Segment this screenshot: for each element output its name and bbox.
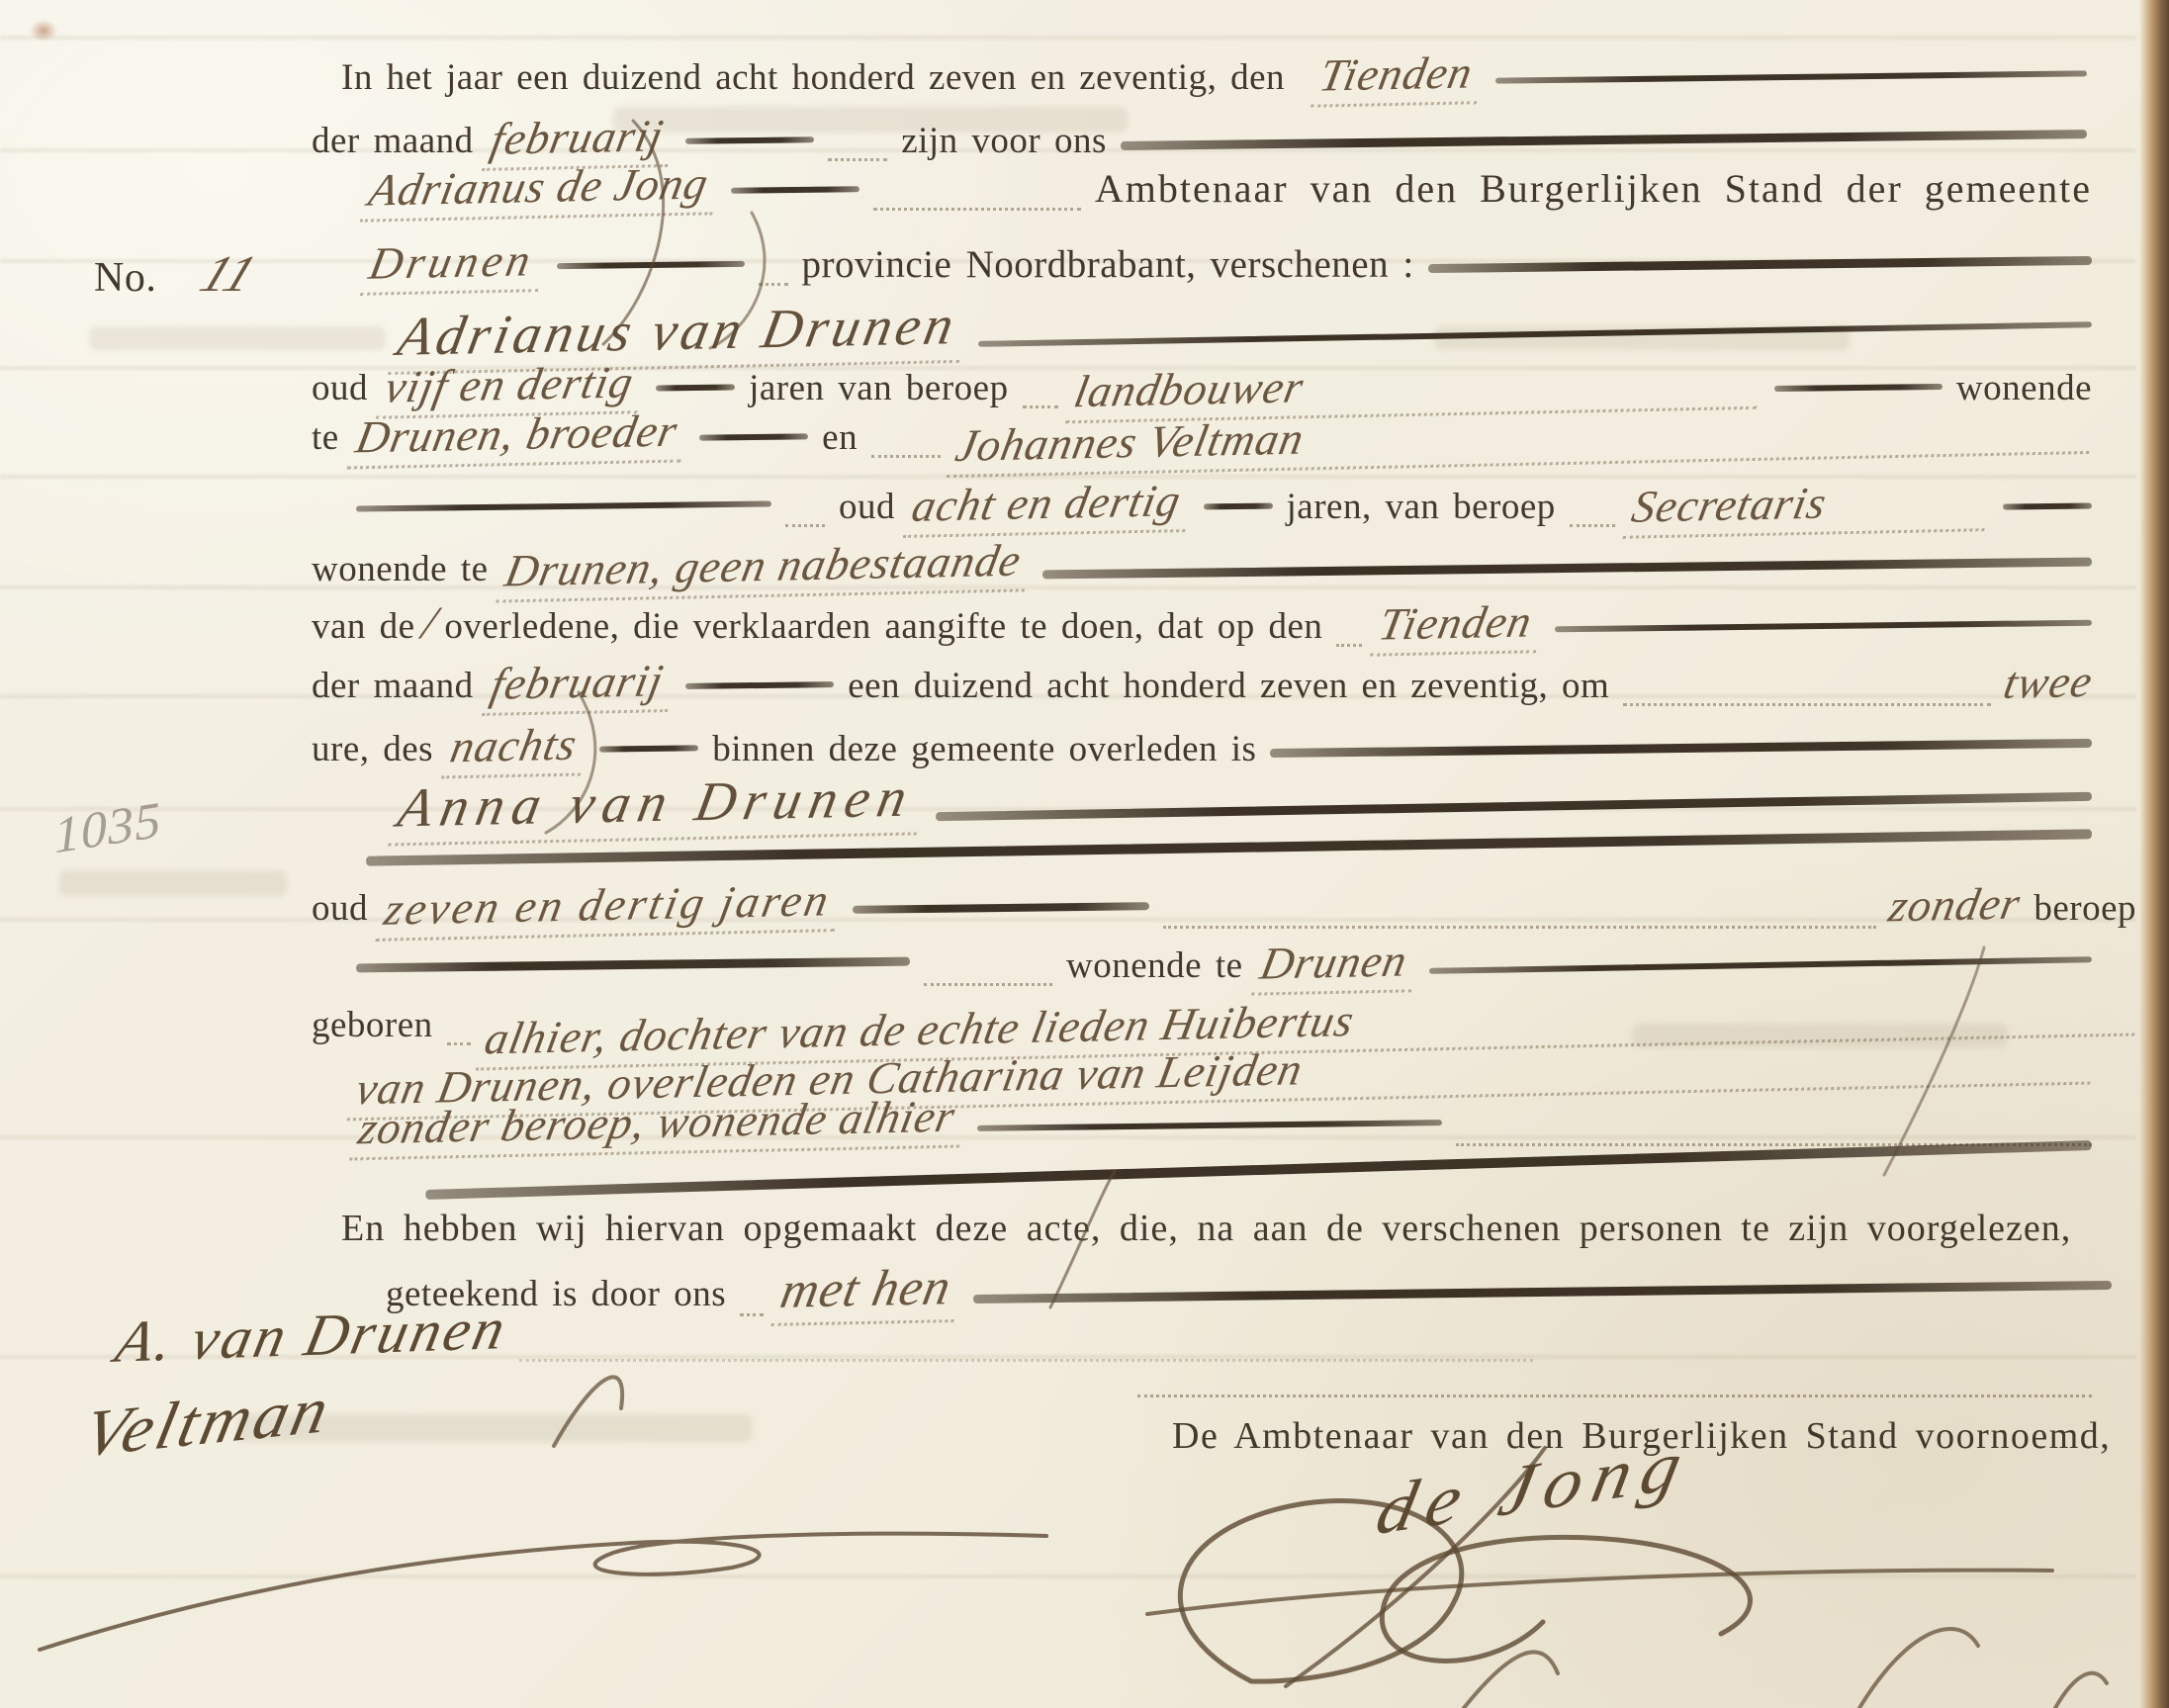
official-title-rule — [1137, 1394, 2092, 1405]
ink-stroke — [1042, 558, 2092, 580]
dotted-rule — [1163, 926, 1876, 929]
printed-text: wonende te — [1066, 944, 1243, 987]
page-binding-edge — [2139, 0, 2169, 1708]
handwritten-age: acht en dertig — [903, 474, 1196, 538]
handwritten-official-name: Adrianus de Jong — [360, 156, 723, 222]
printed-text: provincie Noordbrabant, verschenen : — [802, 242, 1414, 287]
handwritten-residence: Drunen, geen nabestaande — [496, 533, 1036, 602]
printed-text: geboren — [312, 1004, 433, 1046]
ink-stroke — [557, 260, 745, 268]
signature-official: de Jong — [1385, 1446, 1683, 1530]
line-gemeente: Drunen provincie Noordbrabant, verschene… — [366, 235, 2092, 294]
ink-stroke — [356, 500, 771, 511]
line-declarant2-age: oud acht en dertig jaren, van beroep Sec… — [356, 477, 2092, 535]
handwritten-slash: / — [418, 596, 442, 649]
handwritten-month: februarij — [482, 654, 678, 716]
ink-stroke — [1270, 739, 2092, 758]
handwritten-gemeente: Drunen — [360, 233, 549, 296]
dotted-rule — [871, 455, 941, 458]
ink-stroke — [1555, 619, 2092, 632]
line-declarant2-residence: wonende te Drunen, geen nabestaande — [312, 539, 2092, 597]
signature-declarant-1: A. van Drunen — [119, 1302, 1533, 1370]
ink-stroke — [656, 384, 735, 391]
line-death-month-hour: der maand februarij een duizend acht hon… — [312, 656, 2092, 714]
handwritten-time-of-day: nachts — [441, 718, 591, 779]
ink-stroke — [1121, 130, 2087, 150]
pencil-note-value: 1035 — [52, 791, 163, 865]
ink-stroke — [1495, 70, 2087, 83]
dotted-rule — [1336, 644, 1362, 647]
line-declarant2-name: te Drunen, broeder en Johannes Veltman — [312, 407, 2092, 466]
ink-stroke — [977, 1120, 1442, 1131]
dotted-rule — [1137, 1394, 2092, 1397]
dotted-rule — [1570, 524, 1615, 527]
handwritten-day: Tienden — [1310, 45, 1488, 107]
printed-text: en — [822, 416, 858, 459]
signature-declarant-2: Veltman — [89, 1383, 326, 1461]
printed-text: der maand — [312, 665, 474, 707]
printed-text: een duizend acht honderd zeven en zevent… — [848, 665, 1609, 707]
bleed-through-line — [0, 36, 2136, 40]
printed-text: wonende te — [312, 548, 489, 590]
handwritten-profession: Secretaris — [1622, 473, 1995, 539]
handwritten-deceased-name: Anna van Drunen — [388, 765, 930, 846]
printed-text: ure, des — [312, 728, 433, 770]
margin-pencil-note: 1035 — [54, 799, 161, 857]
handwritten-no-profession: zonder — [1885, 877, 2026, 933]
handwritten-day: Tienden — [1370, 594, 1547, 656]
printed-text: van de — [312, 605, 415, 648]
ink-stroke — [1429, 956, 2092, 974]
line-death-time: ure, des nachts binnen deze gemeente ove… — [312, 719, 2092, 777]
line-death-day: van de / overledene, die verklaarden aan… — [312, 596, 2092, 655]
signature-text: Veltman — [77, 1371, 338, 1474]
ink-stroke — [730, 186, 859, 194]
dotted-rule — [785, 524, 825, 527]
bleed-through-line — [0, 1574, 2136, 1578]
ink-stroke — [356, 957, 910, 973]
handwritten-residence: Drunen — [1251, 934, 1422, 995]
dotted-rule — [1623, 703, 1990, 706]
ink-stroke — [599, 745, 698, 752]
ink-stroke — [2003, 502, 2092, 509]
act-number-value: 11 — [192, 245, 265, 304]
line-mother-residence: zonder beroep, wonende alhier — [356, 1096, 2092, 1154]
handwritten-mother-residence: zonder beroep, wonende alhier — [349, 1090, 970, 1161]
printed-text: Ambtenaar van den Burgerlijken Stand der… — [1095, 165, 2092, 212]
filled-blank-line — [366, 843, 2092, 853]
line-official-name: Adrianus de Jong Ambtenaar van den Burge… — [366, 160, 2092, 219]
act-number-label: No. — [94, 254, 156, 302]
ink-stroke — [853, 902, 1149, 914]
ink-stroke — [1428, 256, 2092, 273]
line-deceased-name: Anna van Drunen — [396, 771, 2092, 841]
filled-blank-line — [425, 1165, 2092, 1175]
printed-text: jaren van beroep — [749, 367, 1009, 409]
bleed-through-smudge — [59, 870, 287, 896]
printed-text: zijn voor ons — [901, 120, 1107, 162]
printed-text: En hebben wij hiervan opgemaakt deze act… — [341, 1207, 2071, 1250]
printed-text: beroep — [2033, 887, 2136, 930]
printed-text: oud — [312, 887, 368, 930]
printed-text: overledene, die verklaarden aangifte te … — [444, 605, 1322, 648]
ink-stroke — [685, 681, 834, 689]
dotted-rule — [519, 1359, 1533, 1362]
ink-stroke — [978, 321, 2092, 347]
ink-stroke — [973, 1281, 2112, 1303]
printed-text: oud — [312, 367, 368, 409]
dotted-rule — [759, 283, 788, 286]
printed-text: In het jaar een duizend acht honderd zev… — [341, 56, 1285, 99]
ink-stroke — [685, 136, 814, 144]
printed-text: oud — [839, 486, 895, 528]
death-record-page: No. 11 1035 In het jaar een duizend acht… — [0, 0, 2169, 1708]
ink-stroke — [1774, 383, 1943, 391]
line-closing-formula: En hebben wij hiervan opgemaakt deze act… — [341, 1207, 2112, 1250]
dotted-rule — [924, 983, 1052, 986]
line-year-day: In het jaar een duizend acht honderd zev… — [341, 47, 2087, 106]
signature-text: A. van Drunen — [110, 1295, 514, 1377]
handwritten-declarant2: Johannes Veltman — [947, 396, 2100, 478]
line-parents-continued: van Drunen, overleden en Catharina van L… — [356, 1044, 2092, 1103]
ink-stroke — [699, 433, 808, 440]
printed-text: jaren, van beroep — [1287, 486, 1556, 528]
handwritten-age: zeven en dertig jaren — [375, 873, 846, 942]
printed-text: te — [312, 416, 339, 459]
act-number: No. 11 — [94, 245, 253, 304]
ink-stroke — [1203, 502, 1272, 509]
line-deceased-age: oud zeven en dertig jaren zonder beroep — [312, 878, 2136, 937]
bleed-through-smudge — [89, 326, 386, 350]
handwritten-hour: twee — [1999, 655, 2097, 709]
handwritten-residence-relation: Drunen, broeder — [346, 404, 691, 469]
dotted-rule — [873, 208, 1081, 211]
printed-text: der maand — [312, 120, 474, 162]
printed-text: binnen deze gemeente overleden is — [712, 728, 1256, 770]
ink-stroke — [936, 791, 2092, 820]
